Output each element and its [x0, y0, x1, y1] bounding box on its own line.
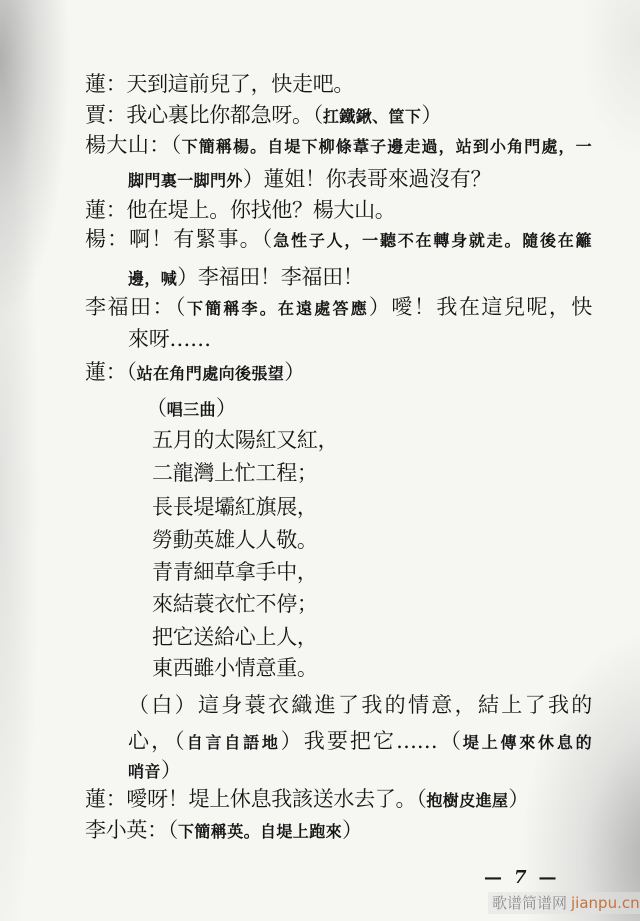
paren-close: ）	[161, 758, 182, 782]
stage-direction: 急性子人，一聽不在轉身就走。隨後在籬	[273, 231, 592, 250]
dialogue-line: 賈：我心裏比你都急呀。（扛鐵鍬、筐下）	[85, 103, 442, 127]
song-tune-name: 唱三曲	[167, 400, 216, 419]
page-number-value: 7	[514, 867, 527, 888]
dialogue-text: 蓮：他在堤上。你找他？楊大山。	[85, 198, 396, 222]
song-line: 把它送給心上人，	[152, 625, 318, 649]
stage-direction: 抱樹皮進屋	[426, 791, 508, 810]
stage-direction: 站在角門處向後張望	[137, 364, 285, 383]
song-line: 五月的太陽紅又紅，	[152, 428, 338, 452]
stage-direction: 下簡稱楊。自堤下柳條葦子邊走過，站到小角門處，一	[182, 137, 592, 156]
paren-open: （	[146, 396, 167, 420]
stage-direction: 脚門裏一脚門外	[128, 171, 243, 190]
dialogue-text: ）李福田！李福田！	[177, 265, 363, 289]
page-number: —7—	[484, 866, 557, 890]
song-line: 長長堤壩紅旗展，	[152, 495, 318, 519]
dialogue-text: 賈：我心裏比你都急呀。（	[85, 103, 323, 127]
dialogue-text: ）蓮姐！你表哥來過沒有？	[243, 167, 491, 191]
dialogue-line: 李福田：（下簡稱李。在遠處答應）噯！我在這兒呢，快	[85, 295, 592, 319]
dialogue-line-continued: 來呀……	[128, 327, 211, 351]
song-line: 來結蓑衣忙不停；	[152, 592, 318, 616]
watermark: 歌谱简谱网jianpu.cn	[488, 892, 640, 914]
stage-direction: 扛鐵鍬、筐下	[323, 107, 421, 126]
stage-direction: 自言自語地	[187, 733, 281, 752]
paren-close: ）	[508, 787, 529, 811]
song-line: 東西雖小情意重。	[152, 656, 318, 680]
song-line: 勞動英雄人人敬。	[152, 528, 318, 552]
speaker-text: 李小英：（	[85, 818, 178, 842]
dialogue-text: 蓮：天到這前兒了，快走吧。	[85, 72, 354, 96]
dialogue-line: 李小英：（下簡稱英。自堤上跑來）	[85, 818, 363, 842]
song-line: 青青細草拿手中，	[152, 560, 318, 584]
dialogue-line: 楊：啊！有緊事。（急性子人，一聽不在轉身就走。隨後在籬	[85, 227, 592, 251]
paren-close: ）	[216, 396, 237, 420]
dash-icon: —	[484, 867, 502, 888]
dialogue-text: 蓮：噯呀！堤上休息我該送水去了。（	[85, 787, 426, 811]
dialogue-text: （白）這身蓑衣織進了我的情意，結上了我的	[128, 693, 592, 717]
dialogue-line: 蓮：（站在角門處向後張望）	[85, 360, 305, 384]
dialogue-text: 楊：啊！有緊事。（	[85, 227, 273, 251]
stage-direction: 哨音	[128, 762, 161, 781]
stage-direction: 下簡稱李。在遠處答應	[187, 299, 369, 318]
paren-close: ）	[284, 360, 305, 384]
song-heading: （唱三曲）	[146, 396, 237, 420]
stage-direction: 下簡稱英。自堤上跑來	[178, 822, 342, 841]
dialogue-line: 蓮：他在堤上。你找他？楊大山。	[85, 198, 396, 222]
dialogue-text: 心，（	[128, 729, 187, 753]
dialogue-line: 蓮：噯呀！堤上休息我該送水去了。（抱樹皮進屋）	[85, 787, 529, 811]
speaker-text: 楊大山：（	[85, 133, 182, 157]
spoken-line: （白）這身蓑衣織進了我的情意，結上了我的	[128, 693, 592, 717]
dialogue-line-continued: 邊，喊）李福田！李福田！	[128, 265, 364, 289]
dialogue-text: ）我要把它……（	[281, 729, 463, 753]
stage-direction: 邊，喊	[128, 269, 177, 288]
dialogue-line-continued: 脚門裏一脚門外）蓮姐！你表哥來過沒有？	[128, 167, 491, 191]
watermark-site-name: 歌谱简谱网	[492, 894, 567, 912]
paren-close: ）	[421, 103, 442, 127]
dash-icon: —	[539, 867, 557, 888]
spoken-line-continued: 心，（自言自語地）我要把它……（堤上傳來休息的	[128, 729, 592, 753]
dialogue-line: 楊大山：（下簡稱楊。自堤下柳條葦子邊走過，站到小角門處，一	[85, 133, 592, 157]
dialogue-text: 來呀……	[128, 327, 211, 351]
dialogue-line: 蓮：天到這前兒了，快走吧。	[85, 72, 354, 96]
spoken-line-continued: 哨音）	[128, 758, 182, 782]
dialogue-text: ）噯！我在這兒呢，快	[369, 295, 592, 319]
paren-close: ）	[342, 818, 363, 842]
stage-direction: 堤上傳來休息的	[463, 733, 592, 752]
scanned-script-page: 蓮：天到這前兒了，快走吧。 賈：我心裏比你都急呀。（扛鐵鍬、筐下） 楊大山：（下…	[0, 0, 640, 921]
speaker-text: 蓮：（	[85, 360, 137, 384]
song-line: 二龍灣上忙工程；	[152, 461, 318, 485]
speaker-text: 李福田：（	[85, 295, 187, 319]
watermark-domain: jianpu.cn	[571, 894, 640, 912]
